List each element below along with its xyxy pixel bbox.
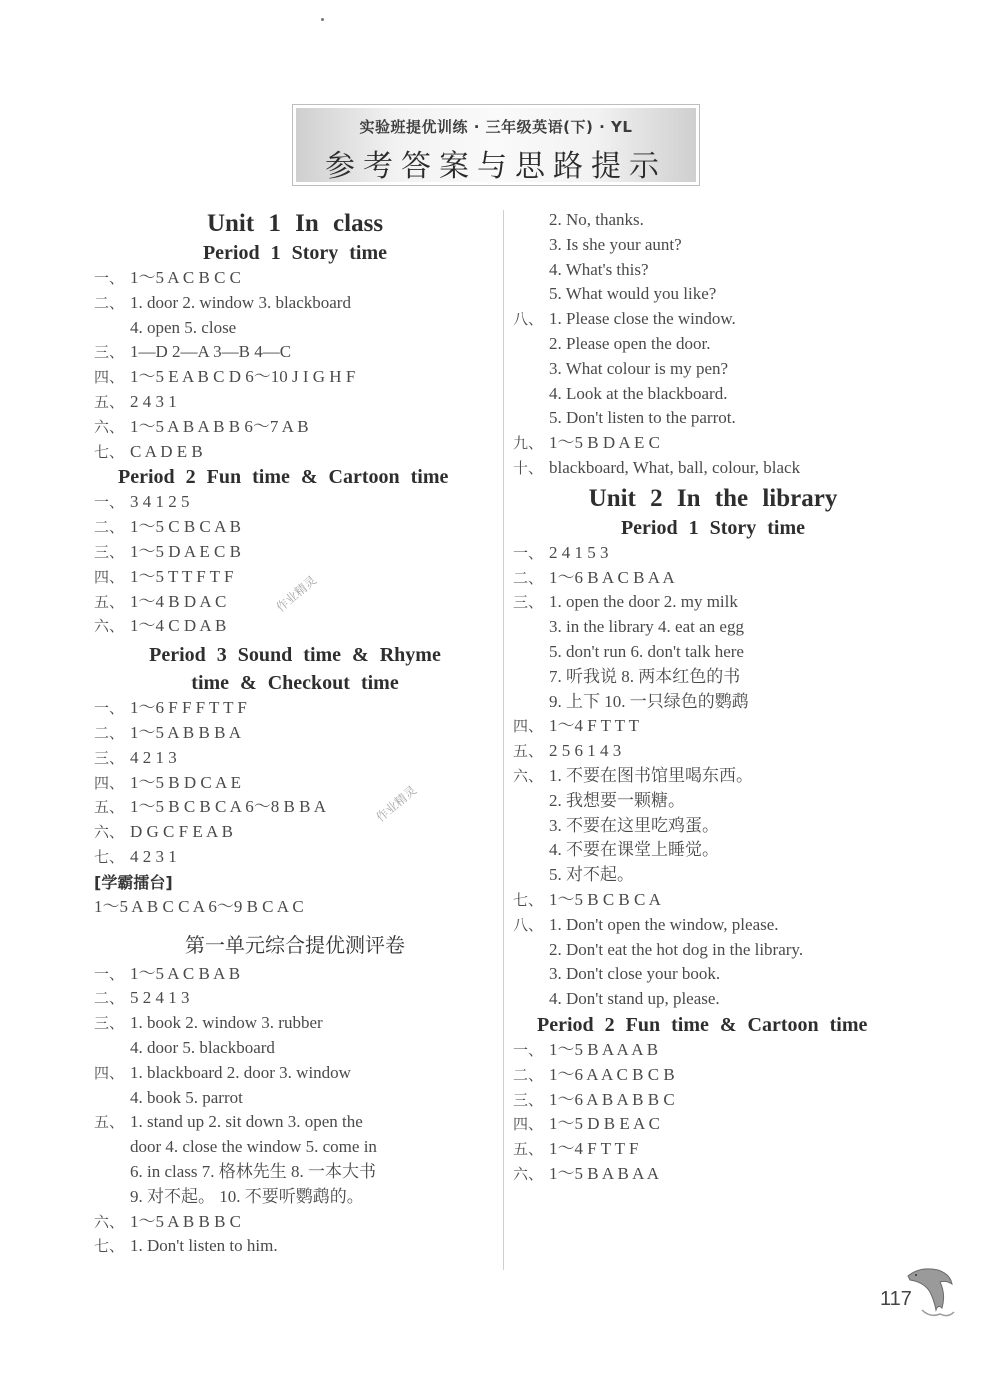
answer-line: 六、1～5 A B A B B 6～7 A B xyxy=(94,415,496,440)
answer-text: 3. in the library 4. eat an egg xyxy=(549,617,744,636)
answer-text: 1～5 T T F T F xyxy=(130,567,233,586)
answer-line: 二、5 2 4 1 3 xyxy=(94,986,496,1011)
answer-line: 二、1～5 A B B B A xyxy=(94,721,496,746)
answer-line: 5. Don't listen to the parrot. xyxy=(513,406,913,431)
question-number: 四、 xyxy=(94,1061,130,1086)
print-dot xyxy=(321,18,324,21)
answer-text: 1～5 B A A A B xyxy=(549,1040,658,1059)
question-number: 六、 xyxy=(94,614,130,639)
question-number: 六、 xyxy=(94,820,130,845)
question-number: 一、 xyxy=(94,490,130,515)
unit1-period1-answers: 一、1～5 A C B C C二、1. door 2. window 3. bl… xyxy=(94,266,496,464)
question-number: 二、 xyxy=(94,291,130,316)
answer-line: 4. book 5. parrot xyxy=(94,1086,496,1111)
answer-text: 4. Don't stand up, please. xyxy=(549,989,720,1008)
answer-line: 4. open 5. close xyxy=(94,316,496,341)
answer-text: 4. open 5. close xyxy=(130,318,236,337)
question-number: 六、 xyxy=(94,1210,130,1235)
answer-line: 3. Is she your aunt? xyxy=(513,233,913,258)
answer-text: D G C F E A B xyxy=(130,822,233,841)
answer-text: 3. What colour is my pen? xyxy=(549,359,728,378)
question-number: 二、 xyxy=(94,721,130,746)
answer-line: 一、1～5 A C B A B xyxy=(94,962,496,987)
answer-line: 二、1～6 A A C B C B xyxy=(513,1063,913,1088)
answer-line: 三、1～6 A B A B B C xyxy=(513,1088,913,1113)
unit1-period3-title-line1: Period 3 Sound time & Rhyme xyxy=(94,642,496,668)
answer-text: 2 4 3 1 xyxy=(130,392,177,411)
answer-line: 5. What would you like? xyxy=(513,282,913,307)
answer-text: 1～4 F T T T xyxy=(549,716,639,735)
unit1-test-answers: 一、1～5 A C B A B二、5 2 4 1 3三、1. book 2. w… xyxy=(94,962,496,1260)
answer-text: 1. blackboard 2. door 3. window xyxy=(130,1063,351,1082)
question-number: 六、 xyxy=(513,1162,549,1187)
answer-text: 4 2 3 1 xyxy=(130,847,177,866)
answer-line: 三、4 2 1 3 xyxy=(94,746,496,771)
answer-text: 4. door 5. blackboard xyxy=(130,1038,275,1057)
answer-text: 1. Don't open the window, please. xyxy=(549,915,779,934)
answer-text: 4. Look at the blackboard. xyxy=(549,384,727,403)
answer-text: 1. 不要在图书馆里喝东西。 xyxy=(549,766,753,785)
answer-text: 7. 听我说 8. 两本红色的书 xyxy=(549,667,740,686)
answer-text: 1. stand up 2. sit down 3. open the xyxy=(130,1112,363,1131)
answer-line: 二、1～5 C B C A B xyxy=(94,515,496,540)
unit2-period2-answers: 一、1～5 B A A A B二、1～6 A A C B C B三、1～6 A … xyxy=(513,1038,913,1187)
column-divider xyxy=(503,210,504,1270)
question-number: 三、 xyxy=(94,340,130,365)
answer-text: 1～5 A B B B A xyxy=(130,723,241,742)
answer-line: 六、D G C F E A B xyxy=(94,820,496,845)
question-number: 三、 xyxy=(94,1011,130,1036)
answer-line: 三、1—D 2—A 3—B 4—C xyxy=(94,340,496,365)
answer-text: 3 4 1 2 5 xyxy=(130,492,190,511)
answer-line: 3. 不要在这里吃鸡蛋。 xyxy=(513,814,913,839)
answer-text: 1～5 B D C A E xyxy=(130,773,241,792)
answer-line: 4. Look at the blackboard. xyxy=(513,382,913,407)
answer-line: 9. 对不起。 10. 不要听鹦鹉的。 xyxy=(94,1185,496,1210)
answer-line: 八、1. Don't open the window, please. xyxy=(513,913,913,938)
answer-text: 5 2 4 1 3 xyxy=(130,988,190,1007)
unit2-title: Unit 2 In the library xyxy=(513,483,913,515)
unit2-period1-title: Period 1 Story time xyxy=(513,515,913,541)
answer-line: door 4. close the window 5. come in xyxy=(94,1135,496,1160)
question-number: 五、 xyxy=(513,1137,549,1162)
answer-line: 五、1～5 B C B C A 6～8 B B A xyxy=(94,795,496,820)
answer-text: 4. What's this? xyxy=(549,260,649,279)
question-number: 五、 xyxy=(94,795,130,820)
question-number: 七、 xyxy=(94,440,130,465)
question-number: 一、 xyxy=(513,1038,549,1063)
answer-line: 七、1～5 B C B C A xyxy=(513,888,913,913)
answer-line: 六、1～5 A B B B C xyxy=(94,1210,496,1235)
answer-line: 9. 上下 10. 一只绿色的鹦鹉 xyxy=(513,690,913,715)
answer-text: 3. 不要在这里吃鸡蛋。 xyxy=(549,816,719,835)
question-number: 五、 xyxy=(94,590,130,615)
answer-line: 四、1～5 D B E A C xyxy=(513,1112,913,1137)
question-number: 二、 xyxy=(513,1063,549,1088)
answer-text: 2 5 6 1 4 3 xyxy=(549,741,621,760)
answer-text: 3. Don't close your book. xyxy=(549,964,720,983)
answer-text: door 4. close the window 5. come in xyxy=(130,1137,377,1156)
question-number: 四、 xyxy=(513,714,549,739)
unit1-title: Unit 1 In class xyxy=(94,208,496,240)
unit1-test-title: 第一单元综合提优测评卷 xyxy=(94,928,496,962)
question-number: 二、 xyxy=(513,566,549,591)
question-number: 七、 xyxy=(94,1234,130,1259)
answer-text: 1～5 A C B A B xyxy=(130,964,240,983)
answer-text: 4 2 1 3 xyxy=(130,748,177,767)
answer-text: 3. Is she your aunt? xyxy=(549,235,682,254)
answer-text: 5. What would you like? xyxy=(549,284,716,303)
unit1-period3-title-line2: time & Checkout time xyxy=(94,670,496,696)
answer-line: 八、1. Please close the window. xyxy=(513,307,913,332)
answer-text: 2. No, thanks. xyxy=(549,210,644,229)
answer-line: 三、1～5 D A E C B xyxy=(94,540,496,565)
answer-line: 5. 对不起。 xyxy=(513,863,913,888)
answer-line: 6. in class 7. 格林先生 8. 一本大书 xyxy=(94,1160,496,1185)
answer-text: 2. 我想要一颗糖。 xyxy=(549,791,685,810)
answer-text: C A D E B xyxy=(130,442,203,461)
unit2-period1-answers: 一、2 4 1 5 3二、1～6 B A C B A A三、1. open th… xyxy=(513,541,913,1012)
answer-text: 2. Please open the door. xyxy=(549,334,710,353)
answer-text: 1～5 B D A E C xyxy=(549,433,660,452)
answer-line: 五、2 4 3 1 xyxy=(94,390,496,415)
answer-line: 4. Don't stand up, please. xyxy=(513,987,913,1012)
answer-text: 1～5 A C B C C xyxy=(130,268,241,287)
answer-line: 2. Please open the door. xyxy=(513,332,913,357)
answer-text: 1. door 2. window 3. blackboard xyxy=(130,293,351,312)
answer-text: 1～5 B C B C A 6～8 B B A xyxy=(130,797,326,816)
answer-line: 3. Don't close your book. xyxy=(513,962,913,987)
answer-line: 四、1～5 B D C A E xyxy=(94,771,496,796)
question-number: 一、 xyxy=(94,266,130,291)
answer-line: 二、1. door 2. window 3. blackboard xyxy=(94,291,496,316)
answer-line: 四、1～5 E A B C D 6～10 J I G H F xyxy=(94,365,496,390)
answer-line: 四、1～4 F T T T xyxy=(513,714,913,739)
answer-text: 2. Don't eat the hot dog in the library. xyxy=(549,940,803,959)
answer-line: 4. What's this? xyxy=(513,258,913,283)
question-number: 八、 xyxy=(513,913,549,938)
answer-line: 一、1～5 A C B C C xyxy=(94,266,496,291)
answer-text: 4. 不要在课堂上睡觉。 xyxy=(549,840,719,859)
answer-text: 1～5 A B A B B 6～7 A B xyxy=(130,417,309,436)
answer-line: 七、C A D E B xyxy=(94,440,496,465)
answer-line: 2. 我想要一颗糖。 xyxy=(513,789,913,814)
question-number: 八、 xyxy=(513,307,549,332)
answer-line: 4. 不要在课堂上睡觉。 xyxy=(513,838,913,863)
answer-key-header: 实验班提优训练 · 三年级英语(下) · YL 参考答案与思路提示 xyxy=(292,104,700,186)
answer-text: 5. don't run 6. don't talk here xyxy=(549,642,744,661)
answer-line: 三、1. open the door 2. my milk xyxy=(513,590,913,615)
unit1-test-answers-continued: 2. No, thanks.3. Is she your aunt?4. Wha… xyxy=(513,208,913,481)
answer-line: 七、1. Don't listen to him. xyxy=(94,1234,496,1259)
left-column: Unit 1 In class Period 1 Story time 一、1～… xyxy=(94,208,496,1259)
question-number: 十、 xyxy=(513,456,549,481)
answer-text: 9. 对不起。 10. 不要听鹦鹉的。 xyxy=(130,1187,364,1206)
question-number: 二、 xyxy=(94,515,130,540)
answer-line: 九、1～5 B D A E C xyxy=(513,431,913,456)
answer-line: 一、1～5 B A A A B xyxy=(513,1038,913,1063)
answer-text: 5. Don't listen to the parrot. xyxy=(549,408,736,427)
answer-line: 3. in the library 4. eat an egg xyxy=(513,615,913,640)
question-number: 六、 xyxy=(513,764,549,789)
answer-text: 1～4 C D A B xyxy=(130,616,226,635)
answer-line: 4. door 5. blackboard xyxy=(94,1036,496,1061)
answer-line: 五、1. stand up 2. sit down 3. open the xyxy=(94,1110,496,1135)
answer-text: 1～5 C B C A B xyxy=(130,517,241,536)
answer-text: 1. Don't listen to him. xyxy=(130,1236,278,1255)
unit1-period2-answers: 一、3 4 1 2 5二、1～5 C B C A B三、1～5 D A E C … xyxy=(94,490,496,639)
answer-text: 1—D 2—A 3—B 4—C xyxy=(130,342,291,361)
unit2-period2-title: Period 2 Fun time & Cartoon time xyxy=(513,1012,913,1038)
question-number: 五、 xyxy=(94,390,130,415)
answer-line: 六、1～4 C D A B xyxy=(94,614,496,639)
answer-text: 4. book 5. parrot xyxy=(130,1088,243,1107)
question-number: 三、 xyxy=(94,540,130,565)
answer-line: 二、1～6 B A C B A A xyxy=(513,566,913,591)
book-subtitle: 实验班提优训练 · 三年级英语(下) · YL xyxy=(296,108,696,137)
question-number: 七、 xyxy=(513,888,549,913)
question-number: 五、 xyxy=(513,739,549,764)
dolphin-icon xyxy=(900,1262,960,1322)
answer-line: 六、1～5 B A B A A xyxy=(513,1162,913,1187)
question-number: 五、 xyxy=(94,1110,130,1135)
question-number: 二、 xyxy=(94,986,130,1011)
unit1-period3-answers: 一、1～6 F F F T T F二、1～5 A B B B A三、4 2 1 … xyxy=(94,696,496,870)
question-number: 三、 xyxy=(513,590,549,615)
answer-line: 四、1. blackboard 2. door 3. window xyxy=(94,1061,496,1086)
answer-line: 一、3 4 1 2 5 xyxy=(94,490,496,515)
question-number: 四、 xyxy=(513,1112,549,1137)
answer-line: 五、2 5 6 1 4 3 xyxy=(513,739,913,764)
answer-text: 1～4 B D A C xyxy=(130,592,226,611)
answer-text: 1. Please close the window. xyxy=(549,309,736,328)
answer-line: 三、1. book 2. window 3. rubber xyxy=(94,1011,496,1036)
question-number: 九、 xyxy=(513,431,549,456)
answer-text: 1～6 F F F T T F xyxy=(130,698,247,717)
answer-text: 1～5 D A E C B xyxy=(130,542,241,561)
answer-line: 一、2 4 1 5 3 xyxy=(513,541,913,566)
unit1-period1-title: Period 1 Story time xyxy=(94,240,496,266)
answer-line: 7. 听我说 8. 两本红色的书 xyxy=(513,665,913,690)
question-number: 三、 xyxy=(513,1088,549,1113)
unit1-period2-title: Period 2 Fun time & Cartoon time xyxy=(94,464,496,490)
bonus-answer-line: 1～5 A B C C A 6～9 B C A C xyxy=(94,895,496,920)
answer-text: 2 4 1 5 3 xyxy=(549,543,609,562)
answer-line: 六、1. 不要在图书馆里喝东西。 xyxy=(513,764,913,789)
question-number: 一、 xyxy=(513,541,549,566)
question-number: 四、 xyxy=(94,365,130,390)
answer-line: 3. What colour is my pen? xyxy=(513,357,913,382)
answer-line: 5. don't run 6. don't talk here xyxy=(513,640,913,665)
answer-line: 七、4 2 3 1 xyxy=(94,845,496,870)
answer-line: 一、1～6 F F F T T F xyxy=(94,696,496,721)
answer-text: 9. 上下 10. 一只绿色的鹦鹉 xyxy=(549,692,749,711)
answer-text: 5. 对不起。 xyxy=(549,865,634,884)
answer-text: 1～6 A B A B B C xyxy=(549,1090,675,1109)
page-title: 参考答案与思路提示 xyxy=(296,141,696,185)
answer-line: 2. Don't eat the hot dog in the library. xyxy=(513,938,913,963)
answer-text: 1～5 E A B C D 6～10 J I G H F xyxy=(130,367,355,386)
bonus-section-title: [学霸擂台] xyxy=(94,870,496,895)
question-number: 六、 xyxy=(94,415,130,440)
answer-text: 1～5 A B B B C xyxy=(130,1212,241,1231)
question-number: 四、 xyxy=(94,565,130,590)
answer-text: 1. open the door 2. my milk xyxy=(549,592,738,611)
answer-line: 五、1～4 F T T F xyxy=(513,1137,913,1162)
answer-line: 2. No, thanks. xyxy=(513,208,913,233)
answer-text: 6. in class 7. 格林先生 8. 一本大书 xyxy=(130,1162,376,1181)
answer-text: 1～6 A A C B C B xyxy=(549,1065,675,1084)
answer-text: blackboard, What, ball, colour, black xyxy=(549,458,800,477)
right-column: 2. No, thanks.3. Is she your aunt?4. Wha… xyxy=(513,208,913,1187)
question-number: 一、 xyxy=(94,962,130,987)
answer-text: 1～6 B A C B A A xyxy=(549,568,675,587)
answer-line: 十、blackboard, What, ball, colour, black xyxy=(513,456,913,481)
answer-text: 1～5 B A B A A xyxy=(549,1164,659,1183)
question-number: 七、 xyxy=(94,845,130,870)
question-number: 三、 xyxy=(94,746,130,771)
question-number: 一、 xyxy=(94,696,130,721)
question-number: 四、 xyxy=(94,771,130,796)
answer-text: 1～5 D B E A C xyxy=(549,1114,660,1133)
answer-text: 1. book 2. window 3. rubber xyxy=(130,1013,323,1032)
answer-text: 1～5 B C B C A xyxy=(549,890,661,909)
answer-text: 1～4 F T T F xyxy=(549,1139,638,1158)
